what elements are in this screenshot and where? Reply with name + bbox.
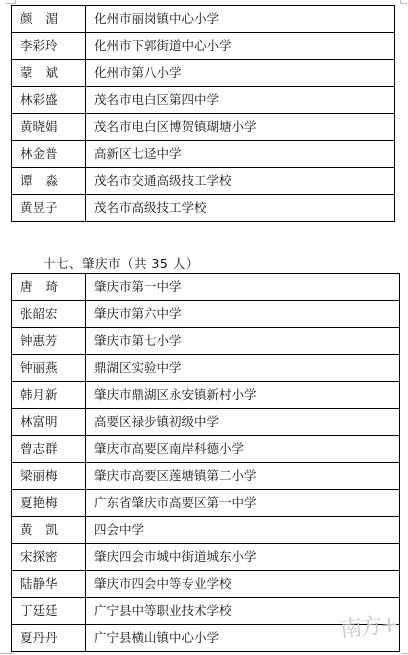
name-char: 凯 — [45, 523, 58, 537]
teacher-name-cell: 黄凯 — [12, 517, 86, 544]
school-name-cell: 鼎湖区实验中学 — [86, 355, 400, 382]
table-row: 林富明高要区禄步镇初级中学 — [12, 409, 400, 436]
school-name: 高要区禄步镇初级中学 — [94, 414, 219, 429]
school-name-cell: 肇庆市高要区南岸科德小学 — [86, 436, 400, 463]
teacher-name: 黄昱子 — [20, 200, 58, 215]
watermark-logo: 南方+ — [339, 607, 398, 644]
name-char: 谭 — [20, 174, 33, 188]
teacher-name: 唐琦 — [20, 280, 58, 294]
school-name: 广宁县中等职业技术学校 — [94, 603, 232, 618]
school-name-cell: 广东省肇庆市高要区第一中学 — [86, 490, 400, 517]
page-corner-mark — [400, 0, 407, 4]
school-name-cell: 化州市第八小学 — [86, 60, 395, 87]
school-name: 茂名市电白区第四中学 — [94, 92, 219, 107]
teacher-name: 颜湄 — [20, 12, 58, 26]
teacher-name: 黄凯 — [20, 523, 58, 537]
teacher-name-cell: 林金普 — [12, 141, 86, 168]
school-name-cell: 茂名市电白区第四中学 — [86, 87, 395, 114]
school-name: 肇庆市高要区莲塘镇第二小学 — [94, 468, 257, 483]
teacher-name: 夏艳梅 — [20, 495, 58, 510]
school-name-cell: 肇庆市第七小学 — [86, 328, 400, 355]
school-name: 肇庆市第六中学 — [94, 306, 182, 321]
teacher-name: 黄晓娟 — [20, 119, 58, 134]
teacher-name: 曾志群 — [20, 441, 58, 456]
teacher-name-cell: 陆静华 — [12, 571, 86, 598]
teacher-name-cell: 蒙斌 — [12, 60, 86, 87]
school-name: 肇庆四会市城中街道城东小学 — [94, 549, 257, 564]
teacher-name-cell: 黄晓娟 — [12, 114, 86, 141]
table-row: 钟丽燕鼎湖区实验中学 — [12, 355, 400, 382]
school-name-cell: 四会中学 — [86, 517, 400, 544]
table-row: 谭淼茂名市交通高级技工学校 — [12, 168, 395, 195]
teacher-name-cell: 宋探密 — [12, 544, 86, 571]
table-row: 黄昱子茂名市高级技工学校 — [12, 195, 395, 222]
teacher-name-cell: 夏艳梅 — [12, 490, 86, 517]
school-name: 肇庆市高要区南岸科德小学 — [94, 441, 244, 456]
teacher-table-maoming: 颜湄化州市丽岗镇中心小学李彩玲化州市下郭街道中心小学蒙斌化州市第八小学林彩盛茂名… — [11, 5, 395, 222]
table-row: 唐琦肇庆市第一中学 — [12, 274, 400, 301]
teacher-name-cell: 韩月新 — [12, 382, 86, 409]
teacher-name-cell: 梁丽梅 — [12, 463, 86, 490]
table-row: 张韶宏肇庆市第六中学 — [12, 301, 400, 328]
table-row: 陆静华肇庆市四会中等专业学校 — [12, 571, 400, 598]
teacher-name-cell: 钟丽燕 — [12, 355, 86, 382]
table-row: 林金普高新区七迳中学 — [12, 141, 395, 168]
table-row: 宋探密肇庆四会市城中街道城东小学 — [12, 544, 400, 571]
school-name: 高新区七迳中学 — [94, 146, 182, 161]
teacher-name-cell: 颜湄 — [12, 6, 86, 33]
teacher-name: 钟丽燕 — [20, 360, 58, 375]
school-name-cell: 高要区禄步镇初级中学 — [86, 409, 400, 436]
school-name: 鼎湖区实验中学 — [94, 360, 182, 375]
name-char: 斌 — [45, 66, 58, 80]
school-name-cell: 茂名市高级技工学校 — [86, 195, 395, 222]
school-name: 茂名市交通高级技工学校 — [94, 173, 232, 188]
teacher-name-cell: 林富明 — [12, 409, 86, 436]
teacher-name-cell: 钟惠芳 — [12, 328, 86, 355]
table-row: 韩月新肇庆市鼎湖区永安镇新村小学 — [12, 382, 400, 409]
table-row: 林彩盛茂名市电白区第四中学 — [12, 87, 395, 114]
teacher-name: 李彩玲 — [20, 38, 58, 53]
name-char: 颜 — [20, 12, 33, 26]
school-name-cell: 化州市丽岗镇中心小学 — [86, 6, 395, 33]
school-name-cell: 化州市下郭街道中心小学 — [86, 33, 395, 60]
table-row: 李彩玲化州市下郭街道中心小学 — [12, 33, 395, 60]
school-name: 肇庆市第七小学 — [94, 333, 182, 348]
school-name: 广宁县横山镇中心小学 — [94, 630, 219, 645]
school-name-cell: 肇庆市第一中学 — [86, 274, 400, 301]
school-name: 四会中学 — [94, 522, 144, 537]
name-char: 蒙 — [20, 66, 33, 80]
teacher-name: 林彩盛 — [20, 92, 58, 107]
table-row: 颜湄化州市丽岗镇中心小学 — [12, 6, 395, 33]
teacher-name-cell: 唐琦 — [12, 274, 86, 301]
teacher-name: 张韶宏 — [20, 306, 58, 321]
teacher-name: 林金普 — [20, 146, 58, 161]
table-row: 曾志群肇庆市高要区南岸科德小学 — [12, 436, 400, 463]
school-name-cell: 肇庆市四会中等专业学校 — [86, 571, 400, 598]
school-name-cell: 肇庆市高要区莲塘镇第二小学 — [86, 463, 400, 490]
teacher-name-cell: 李彩玲 — [12, 33, 86, 60]
teacher-name: 梁丽梅 — [20, 468, 58, 483]
teacher-name: 韩月新 — [20, 387, 58, 402]
table-row: 蒙斌化州市第八小学 — [12, 60, 395, 87]
teacher-name: 陆静华 — [20, 576, 58, 591]
teacher-name: 丁廷廷 — [20, 603, 58, 618]
school-name: 广东省肇庆市高要区第一中学 — [94, 495, 257, 510]
section-heading-zhaoqing: 十七、肇庆市（共 35 人） — [43, 254, 199, 272]
name-char: 淼 — [45, 174, 58, 188]
teacher-name-cell: 谭淼 — [12, 168, 86, 195]
school-name-cell: 肇庆四会市城中街道城东小学 — [86, 544, 400, 571]
table-row: 黄晓娟茂名市电白区博贺镇瑚塘小学 — [12, 114, 395, 141]
name-char: 琦 — [45, 280, 58, 294]
school-name: 化州市下郭街道中心小学 — [94, 38, 232, 53]
school-name-cell: 茂名市交通高级技工学校 — [86, 168, 395, 195]
teacher-name-cell: 黄昱子 — [12, 195, 86, 222]
teacher-name: 林富明 — [20, 414, 58, 429]
name-char: 湄 — [45, 12, 58, 26]
teacher-name: 谭淼 — [20, 174, 58, 188]
teacher-name: 夏丹丹 — [20, 630, 58, 645]
school-name: 化州市第八小学 — [94, 65, 182, 80]
school-name: 茂名市高级技工学校 — [94, 200, 207, 215]
school-name: 肇庆市鼎湖区永安镇新村小学 — [94, 387, 257, 402]
school-name: 化州市丽岗镇中心小学 — [94, 11, 219, 26]
teacher-name: 钟惠芳 — [20, 333, 58, 348]
table-row: 钟惠芳肇庆市第七小学 — [12, 328, 400, 355]
school-name-cell: 肇庆市鼎湖区永安镇新村小学 — [86, 382, 400, 409]
teacher-name-cell: 曾志群 — [12, 436, 86, 463]
teacher-name-cell: 张韶宏 — [12, 301, 86, 328]
school-name-cell: 肇庆市第六中学 — [86, 301, 400, 328]
table-row: 梁丽梅肇庆市高要区莲塘镇第二小学 — [12, 463, 400, 490]
name-char: 黄 — [20, 523, 33, 537]
teacher-name-cell: 丁廷廷 — [12, 598, 86, 625]
school-name: 肇庆市四会中等专业学校 — [94, 576, 232, 591]
teacher-name: 蒙斌 — [20, 66, 58, 80]
school-name: 茂名市电白区博贺镇瑚塘小学 — [94, 119, 257, 134]
table-row: 黄凯四会中学 — [12, 517, 400, 544]
teacher-name-cell: 夏丹丹 — [12, 625, 86, 652]
teacher-name: 宋探密 — [20, 549, 58, 564]
school-name-cell: 高新区七迳中学 — [86, 141, 395, 168]
school-name-cell: 茂名市电白区博贺镇瑚塘小学 — [86, 114, 395, 141]
school-name: 肇庆市第一中学 — [94, 279, 182, 294]
teacher-table-zhaoqing: 唐琦肇庆市第一中学张韶宏肇庆市第六中学钟惠芳肇庆市第七小学钟丽燕鼎湖区实验中学韩… — [11, 273, 400, 652]
teacher-name-cell: 林彩盛 — [12, 87, 86, 114]
name-char: 唐 — [20, 280, 33, 294]
page-corner-mark — [6, 0, 16, 4]
table-row: 夏艳梅广东省肇庆市高要区第一中学 — [12, 490, 400, 517]
